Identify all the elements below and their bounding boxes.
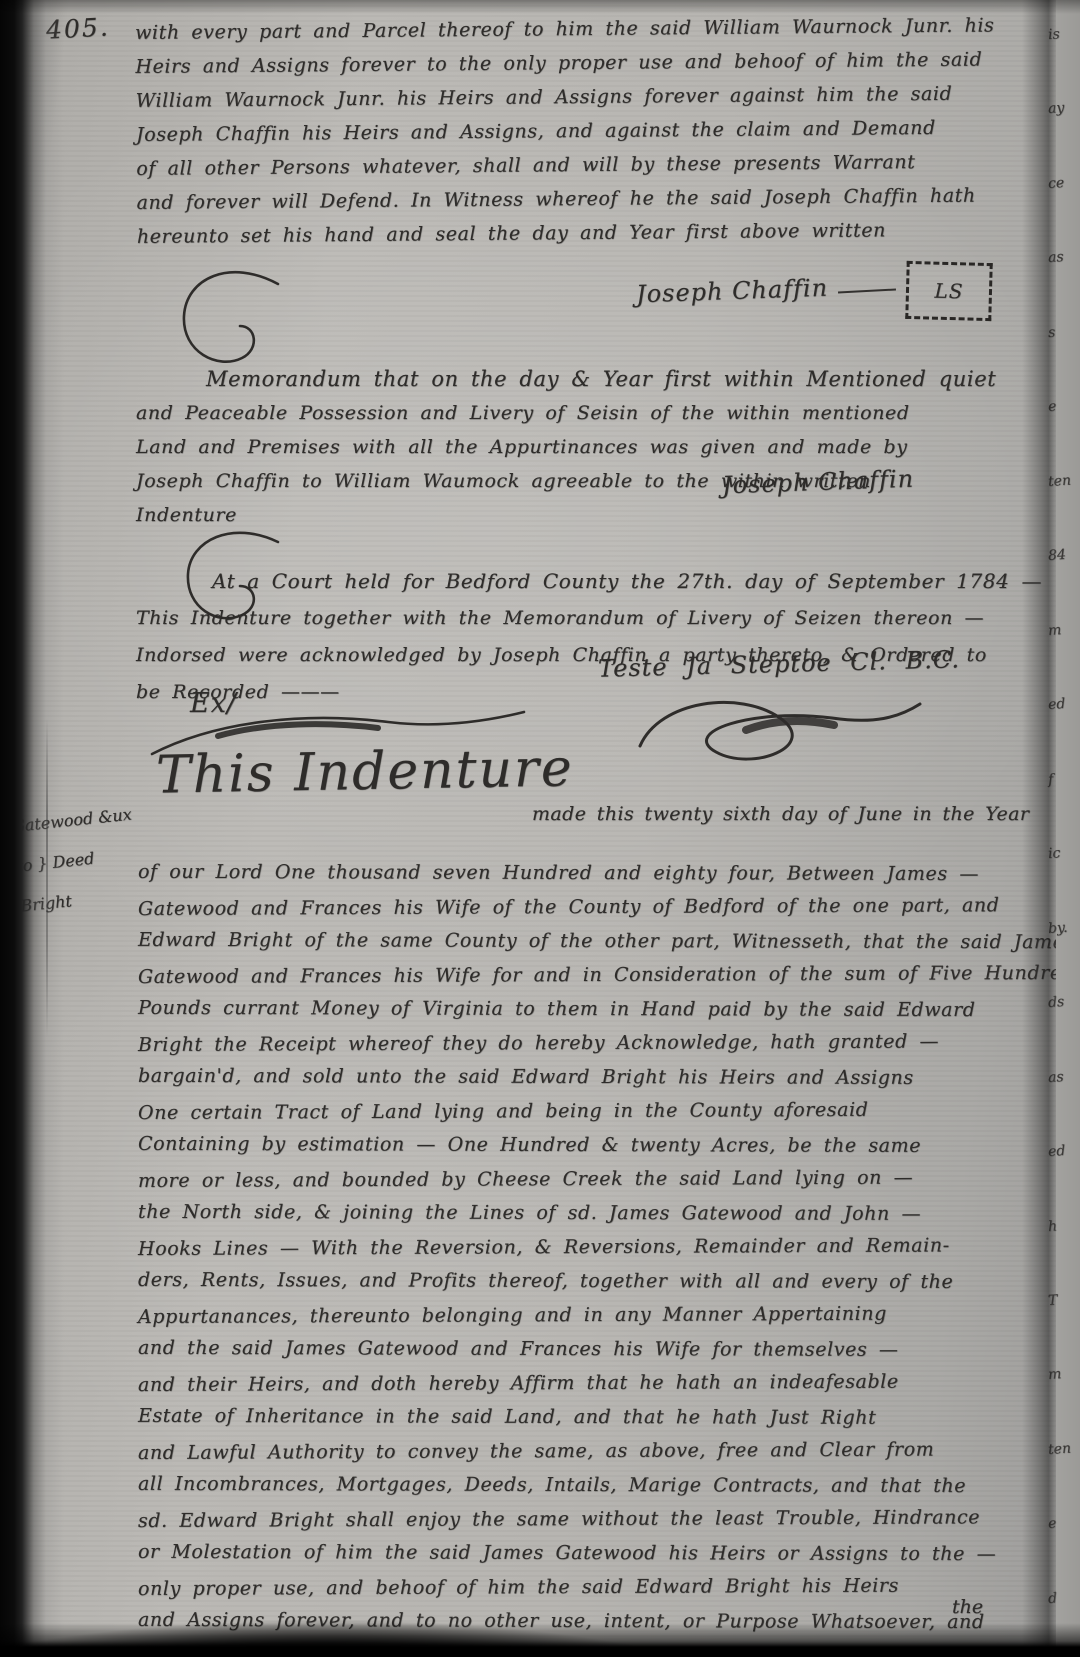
deed-body-line: ders, Rents, Issues, and Profits thereof…: [138, 1263, 1038, 1299]
deed-book-scan-page: 405. with every part and Parcel thereof …: [0, 0, 1080, 1657]
book-binding-shadow: [0, 0, 64, 1657]
page-fold-shadow: [1022, 0, 1056, 1657]
execution-signature-row: Joseph Chaffin LS: [636, 262, 992, 320]
court-record-line: This Indenture together with the Memoran…: [136, 600, 1036, 637]
deed-body-line: and Lawful Authority to convey the same,…: [138, 1432, 1038, 1470]
memorandum-paragraph: Memorandum that on the day & Year first …: [136, 362, 1036, 532]
deed-body-line: Containing by estimation — One Hundred &…: [138, 1127, 1038, 1163]
deed-body-paragraph: of our Lord One thousand seven Hundred a…: [138, 856, 1038, 1638]
deed-body-line: Gatewood and Frances his Wife for and in…: [138, 956, 1038, 994]
top-edge-shadow: [0, 0, 1080, 14]
deed-body-line: bargain'd, and sold unto the said Edward…: [138, 1059, 1038, 1095]
grantor-signature: Joseph Chaffin: [636, 274, 829, 309]
deed-body-line: all Incombrances, Mortgages, Deeds, Inta…: [138, 1467, 1038, 1503]
catchword: the: [952, 1596, 983, 1618]
deed-body-line: Pounds currant Money of Virginia to them…: [138, 991, 1038, 1027]
deed-body-line: Gatewood and Frances his Wife of the Cou…: [138, 888, 1038, 926]
memorandum-line: Indenture: [136, 498, 1036, 532]
deed-body-line: more or less, and bounded by Cheese Cree…: [138, 1160, 1038, 1198]
deed-heading: This Indenture: [156, 738, 575, 805]
deed-heading-continuation: made this twenty sixth day of June in th…: [532, 803, 1029, 825]
deed-body-line: Edward Bright of the same County of the …: [138, 923, 1038, 959]
deed-body-line: the North side, & joining the Lines of s…: [138, 1195, 1038, 1231]
deed-body-line: only proper use, and behoof of him the s…: [138, 1568, 1038, 1606]
deed-body-line: sd. Edward Bright shall enjoy the same w…: [138, 1500, 1038, 1538]
memorandum-line: Memorandum that on the day & Year first …: [136, 362, 1036, 396]
deed-body-line: and the said James Gatewood and Frances …: [138, 1331, 1038, 1367]
court-record-line: At a Court held for Bedford County the 2…: [136, 563, 1036, 600]
memorandum-line: and Peaceable Possession and Livery of S…: [136, 396, 1036, 430]
deed-body-line: Hooks Lines — With the Reversion, & Reve…: [138, 1228, 1038, 1266]
memorandum-line: Land and Premises with all the Appurtina…: [136, 430, 1036, 464]
calligraphic-flourish-end: [628, 688, 928, 778]
seal-label: LS: [934, 279, 964, 304]
deed-body-line: of our Lord One thousand seven Hundred a…: [138, 855, 1038, 891]
deed-body-line: and Assigns forever, and to no other use…: [138, 1603, 1038, 1639]
signature-flourish-dash: [838, 288, 896, 293]
deed-body-line: Estate of Inheritance in the said Land, …: [138, 1399, 1038, 1435]
deed-body-line: Bright the Receipt whereof they do hereb…: [138, 1024, 1038, 1062]
deed-body-line: and their Heirs, and doth hereby Affirm …: [138, 1364, 1038, 1402]
seal-box: LS: [905, 261, 992, 321]
deed-body-line: or Molestation of him the said James Gat…: [138, 1535, 1038, 1571]
warranty-clause-paragraph: with every part and Parcel thereof to hi…: [135, 8, 1037, 254]
deed-body-line: One certain Tract of Land lying and bein…: [138, 1092, 1038, 1130]
deed-body-line: Appurtanances, thereunto belonging and i…: [138, 1296, 1038, 1334]
